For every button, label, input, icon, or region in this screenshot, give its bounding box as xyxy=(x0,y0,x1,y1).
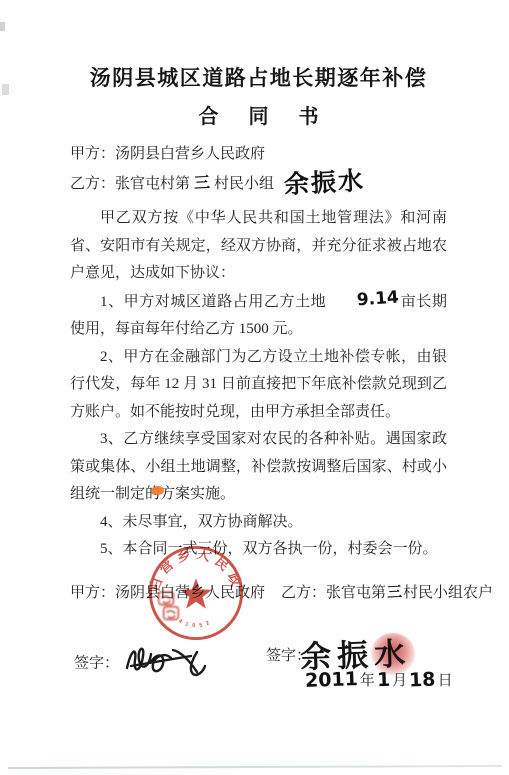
month-unit: 月 xyxy=(392,673,407,689)
party-b-sign-label: 签字： xyxy=(266,648,311,664)
clause-3: 3、乙方继续享受国家对农民的各种补贴。遇国家政策或集体、小组土地调整，补偿款按调… xyxy=(70,426,447,509)
party-b-label: 乙方： xyxy=(70,176,115,192)
clause-3-number: 3、 xyxy=(100,431,123,447)
handwritten-year: 2011 xyxy=(305,668,359,692)
handwritten-footer-group-number: 三 xyxy=(386,581,402,603)
footer-parties-line: 甲方：汤阴县白营乡人民政府乙方：张官屯第三村民小组农户 xyxy=(70,581,493,602)
clause-5-text: 本合同一式三份，双方各执一份，村委会一份。 xyxy=(123,541,438,557)
clause-5: 5、本合同一式三份，双方各执一份，村委会一份。 xyxy=(70,536,447,564)
footer-party-b-post: 村民小组农户 xyxy=(403,585,493,601)
day-unit: 日 xyxy=(438,673,453,689)
clause-3-text: 乙方继续享受国家对农民的各种补贴。遇国家政策或集体、小组土地调整，补偿款按调整后… xyxy=(70,431,447,502)
party-a-signature-scribble xyxy=(121,638,213,682)
year-unit: 年 xyxy=(360,673,375,689)
clause-4-number: 4、 xyxy=(100,514,123,530)
clause-2: 2、甲方在金融部门为乙方设立土地补偿专帐，由银行代发，每年 12 月 31 日前… xyxy=(70,344,447,427)
scan-artifact xyxy=(2,84,9,95)
clause-4: 4、未尽事宜，双方协商解决。 xyxy=(70,509,447,537)
party-a-label: 甲方： xyxy=(70,146,115,162)
footer-party-b-pre: 乙方：张官屯第 xyxy=(281,585,386,601)
party-b-line: 乙方：张官屯村第三村民小组余振水 xyxy=(70,167,447,197)
party-b-sign-row: 签字： xyxy=(266,644,311,665)
clause-1: 1、甲方对城区道路占用乙方土地9.14亩长期使用，每亩每年付给乙方 1500 元… xyxy=(70,288,447,344)
party-a-sign-row: 签字： xyxy=(74,642,213,686)
seal-code: 41052 xyxy=(177,618,214,629)
handwritten-land-area: 9.14 xyxy=(326,284,400,316)
clause-1-number: 1、 xyxy=(100,294,124,310)
footer-party-a: 甲方：汤阴县白营乡人民政府 xyxy=(70,585,265,601)
clause-4-text: 未尽事宜，双方协商解决。 xyxy=(123,514,303,530)
contract-title-line1: 汤阴县城区道路占地长期逐年补偿 xyxy=(70,62,447,92)
clause-2-text: 甲方在金融部门为乙方设立土地补偿专帐，由银行代发，每年 12 月 31 日前直接… xyxy=(70,349,447,420)
handwritten-day: 18 xyxy=(409,669,436,692)
party-a-name: 汤阴县白营乡人民政府 xyxy=(115,146,265,162)
party-b-suffix: 村民小组 xyxy=(214,176,274,192)
party-a-line: 甲方：汤阴县白营乡人民政府 xyxy=(70,141,447,167)
scan-artifact xyxy=(0,22,5,31)
contract-title-line2: 合同书 xyxy=(70,100,447,129)
svg-text:41052: 41052 xyxy=(177,618,214,629)
scanned-page-edge xyxy=(8,765,502,769)
signature-date: 2011年1月18日 xyxy=(303,668,453,690)
party-b-prefix: 张官屯村第 xyxy=(115,176,190,192)
handwritten-month: 1 xyxy=(377,669,391,691)
handwritten-party-b-rep-name: 余振水 xyxy=(283,168,365,198)
clause-2-number: 2、 xyxy=(100,349,123,365)
contract-body: 汤阴县城区道路占地长期逐年补偿 合同书 甲方：汤阴县白营乡人民政府 乙方：张官屯… xyxy=(0,0,509,564)
preamble-paragraph: 甲乙双方按《中华人民共和国土地管理法》和河南省、安阳市有关规定，经双方协商，并充… xyxy=(70,205,447,288)
clause-1-text-before: 甲方对城区道路占用乙方土地 xyxy=(124,294,327,310)
clause-5-number: 5、 xyxy=(100,541,123,557)
handwritten-group-number: 三 xyxy=(193,170,210,197)
party-a-sign-label: 签字： xyxy=(74,655,119,671)
scanned-contract-page: 汤阴县城区道路占地长期逐年补偿 合同书 甲方：汤阴县白营乡人民政府 乙方：张官屯… xyxy=(0,0,509,775)
